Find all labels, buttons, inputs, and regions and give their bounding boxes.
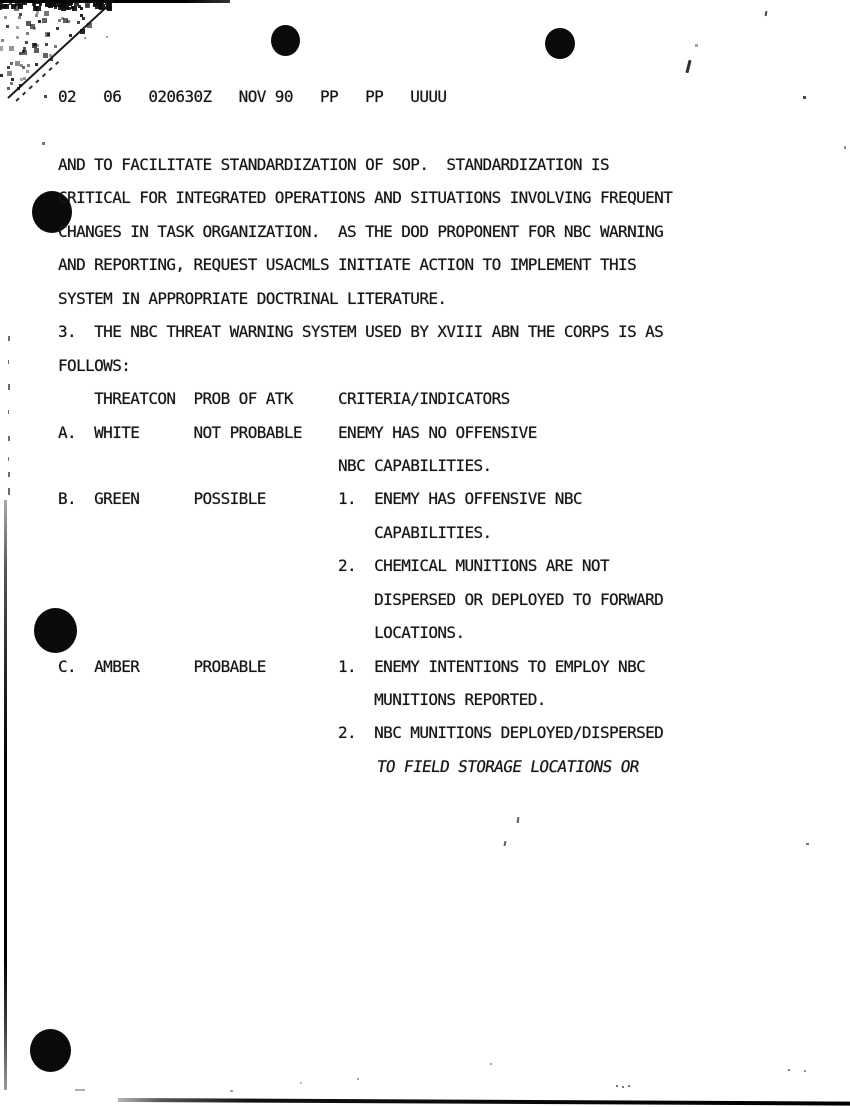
scan-bottom-edge-line — [118, 1098, 850, 1105]
document-body-lines: AND TO FACILITATE STANDARDIZATION OF SOP… — [58, 148, 672, 783]
text-line: 2. CHEMICAL MUNITIONS ARE NOT — [58, 549, 672, 582]
scan-speck — [504, 841, 507, 846]
margin-tick-mark — [8, 384, 10, 390]
text-line: NBC CAPABILITIES. — [58, 449, 672, 482]
scan-noise-speckles — [0, 0, 1, 1]
scan-left-edge-line — [4, 500, 7, 1090]
scan-speck — [628, 1085, 630, 1087]
scan-top-edge-line — [0, 0, 230, 3]
margin-tick-mark — [8, 410, 9, 414]
scan-speck — [490, 1063, 492, 1065]
text-line: TO FIELD STORAGE LOCATIONS OR — [58, 750, 678, 783]
text-line: SYSTEM IN APPROPRIATE DOCTRINAL LITERATU… — [58, 282, 672, 315]
scan-speck — [357, 1078, 359, 1080]
margin-tick-mark — [8, 336, 10, 341]
hole-punch-dot-bottom-left — [30, 1029, 71, 1072]
margin-tick-mark — [8, 457, 9, 461]
scanned-document-page: { "message": { "header_line": "02 06 020… — [0, 0, 850, 1107]
text-line: MUNITIONS REPORTED. — [58, 683, 672, 716]
document-page: 02 06 020630Z NOV 90 PP PP UUUU AND TO F… — [0, 0, 850, 1107]
scan-speck — [517, 817, 520, 823]
margin-tick-mark — [8, 360, 9, 364]
scan-speck — [695, 44, 698, 47]
text-line: 2. NBC MUNITIONS DEPLOYED/DISPERSED — [58, 716, 672, 749]
scan-speck — [622, 1086, 624, 1088]
text-line: LOCATIONS. — [58, 616, 672, 649]
scan-speck — [106, 36, 108, 38]
hole-punch-dot-top-right — [545, 28, 575, 59]
margin-tick-mark — [8, 472, 10, 477]
message-header-line: 02 06 020630Z NOV 90 PP PP UUUU — [58, 80, 446, 113]
scan-speck — [685, 60, 691, 73]
scan-speck — [42, 142, 45, 145]
scan-speck — [84, 37, 86, 39]
scan-speck — [806, 843, 809, 845]
text-line: AND REPORTING, REQUEST USACMLS INITIATE … — [58, 248, 672, 281]
scan-speck — [300, 1082, 302, 1084]
scan-corner-diagonal-dashes — [15, 61, 59, 102]
text-line: CHANGES IN TASK ORGANIZATION. AS THE DOD… — [58, 215, 672, 248]
text-line: DISPERSED OR DEPLOYED TO FORWARD — [58, 583, 672, 616]
scan-speck — [230, 1090, 233, 1092]
scan-speck — [788, 1069, 790, 1071]
text-line: FOLLOWS: — [58, 349, 672, 382]
text-line: CRITICAL FOR INTEGRATED OPERATIONS AND S… — [58, 181, 672, 214]
scan-speck — [44, 95, 47, 98]
text-line: 3. THE NBC THREAT WARNING SYSTEM USED BY… — [58, 315, 672, 348]
scan-speck — [804, 1070, 806, 1072]
margin-tick-mark — [8, 488, 10, 495]
text-line: AND TO FACILITATE STANDARDIZATION OF SOP… — [58, 148, 672, 181]
text-line: THREATCON PROB OF ATK CRITERIA/INDICATOR… — [58, 382, 672, 415]
scan-speck — [765, 11, 768, 16]
scan-speck — [803, 96, 806, 99]
scan-speck — [75, 1089, 85, 1091]
scan-speck — [844, 146, 846, 149]
text-line: CAPABILITIES. — [58, 516, 672, 549]
text-line: A. WHITE NOT PROBABLE ENEMY HAS NO OFFEN… — [58, 416, 672, 449]
margin-tick-mark — [8, 436, 10, 441]
scan-speck — [616, 1085, 618, 1087]
text-line: B. GREEN POSSIBLE 1. ENEMY HAS OFFENSIVE… — [58, 482, 672, 515]
text-line: C. AMBER PROBABLE 1. ENEMY INTENTIONS TO… — [58, 650, 672, 683]
hole-punch-dot-top-left — [271, 25, 300, 56]
